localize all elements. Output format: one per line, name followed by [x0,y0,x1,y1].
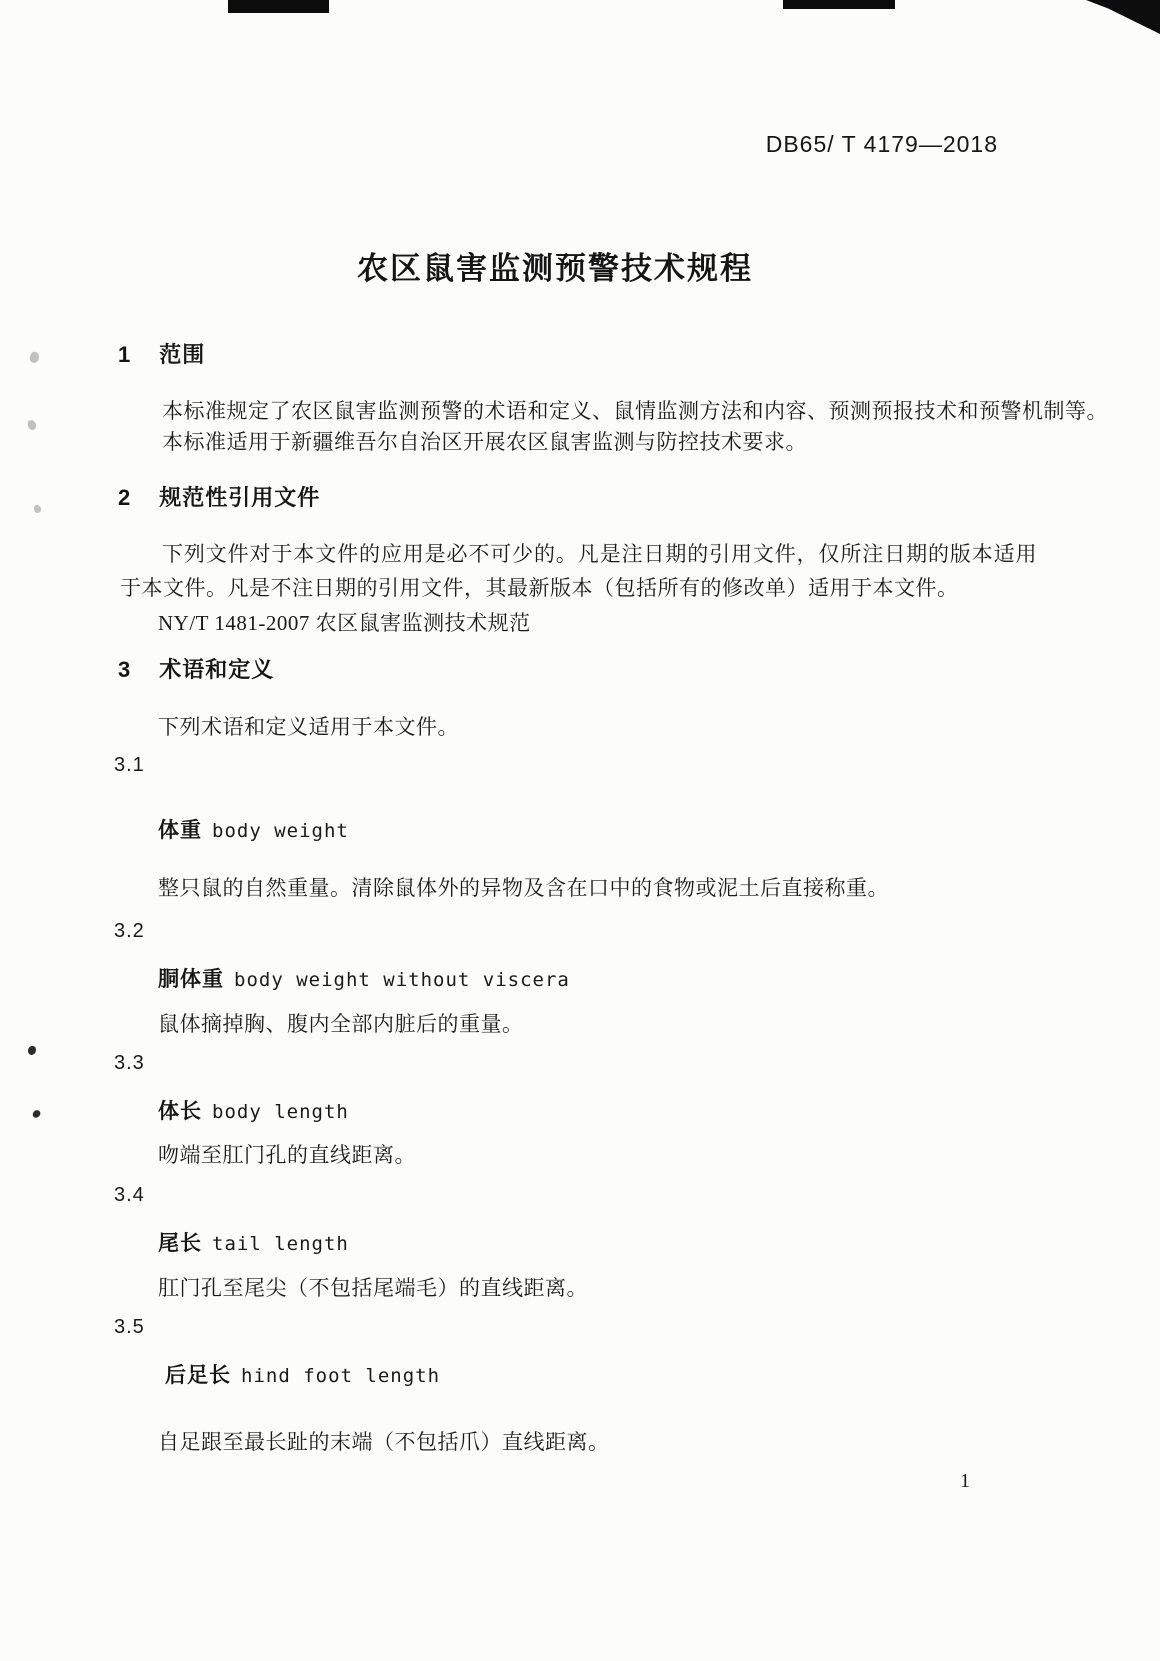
term-name-en: body length [212,1101,349,1123]
term-name-en: body weight [212,820,349,842]
term-number-3-4: 3.4 [114,1184,145,1207]
scan-artifact-corner-mark [1086,0,1160,34]
term-name-en: hind foot length [241,1365,440,1387]
section-heading-terms: 3术语和定义 [118,653,274,684]
standard-code: DB65/ T 4179—2018 [766,131,998,158]
section-number: 2 [118,485,131,510]
term-name-zh: 体长 [158,1100,202,1123]
term-definition-3-1: 整只鼠的自然重量。清除鼠体外的异物及含在口中的食物或泥土后直接称重。 [158,872,889,902]
term-name-zh: 后足长 [165,1364,231,1387]
term-title-3-1: 体重body weight [158,814,349,844]
section-heading-scope: 1范围 [118,338,205,369]
term-definition-3-2: 鼠体摘掉胸、腹内全部内脏后的重量。 [158,1008,524,1038]
term-number-3-3: 3.3 [114,1052,145,1075]
section-number: 1 [118,342,131,367]
scan-smudge [34,505,41,513]
term-name-zh: 尾长 [158,1232,202,1255]
term-name-en: body weight without viscera [234,969,570,991]
section-heading-references: 2规范性引用文件 [118,481,320,512]
scope-paragraph-2: 本标准适用于新疆维吾尔自治区开展农区鼠害监测与防控技术要求。 [120,426,1037,458]
scan-dot [31,1109,41,1119]
term-title-3-4: 尾长tail length [158,1227,349,1257]
terms-intro: 下列术语和定义适用于本文件。 [158,711,459,741]
term-name-zh: 体重 [158,819,202,842]
section-number: 3 [118,657,131,682]
scope-paragraph-1: 本标准规定了农区鼠害监测预警的术语和定义、鼠情监测方法和内容、预测预报技术和预警… [120,395,1037,427]
scan-smudge [27,419,37,431]
term-title-3-5: 后足长hind foot length [165,1359,440,1389]
term-name-zh: 胴体重 [158,968,224,991]
term-definition-3-4: 肛门孔至尾尖（不包括尾端毛）的直线距离。 [158,1272,588,1302]
document-title: 农区鼠害监测预警技术规程 [0,243,1110,288]
term-definition-3-5: 自足跟至最长趾的末端（不包括爪）直线距离。 [158,1426,610,1456]
term-definition-3-3: 吻端至肛门孔的直线距离。 [158,1139,416,1169]
section-title: 规范性引用文件 [159,485,320,510]
section-title: 术语和定义 [159,657,274,682]
scan-artifact-top-bar-left [228,0,329,13]
scan-artifact-top-bar-right [783,0,895,9]
term-title-3-2: 胴体重body weight without viscera [158,963,570,993]
reference-item: NY/T 1481-2007 农区鼠害监测技术规范 [158,607,531,637]
references-paragraph: 下列文件对于本文件的应用是必不可少的。凡是注日期的引用文件，仅所注日期的版本适用… [120,537,1037,605]
page-number: 1 [960,1470,970,1493]
scan-smudge [28,351,40,364]
scan-dot [28,1046,36,1055]
term-number-3-5: 3.5 [114,1316,145,1339]
document-page: DB65/ T 4179—2018 农区鼠害监测预警技术规程 1范围 本标准规定… [0,0,1160,1661]
term-number-3-1: 3.1 [114,754,145,777]
section-title: 范围 [159,342,205,367]
term-title-3-3: 体长body length [158,1095,349,1125]
term-number-3-2: 3.2 [114,920,145,943]
term-name-en: tail length [212,1233,349,1255]
